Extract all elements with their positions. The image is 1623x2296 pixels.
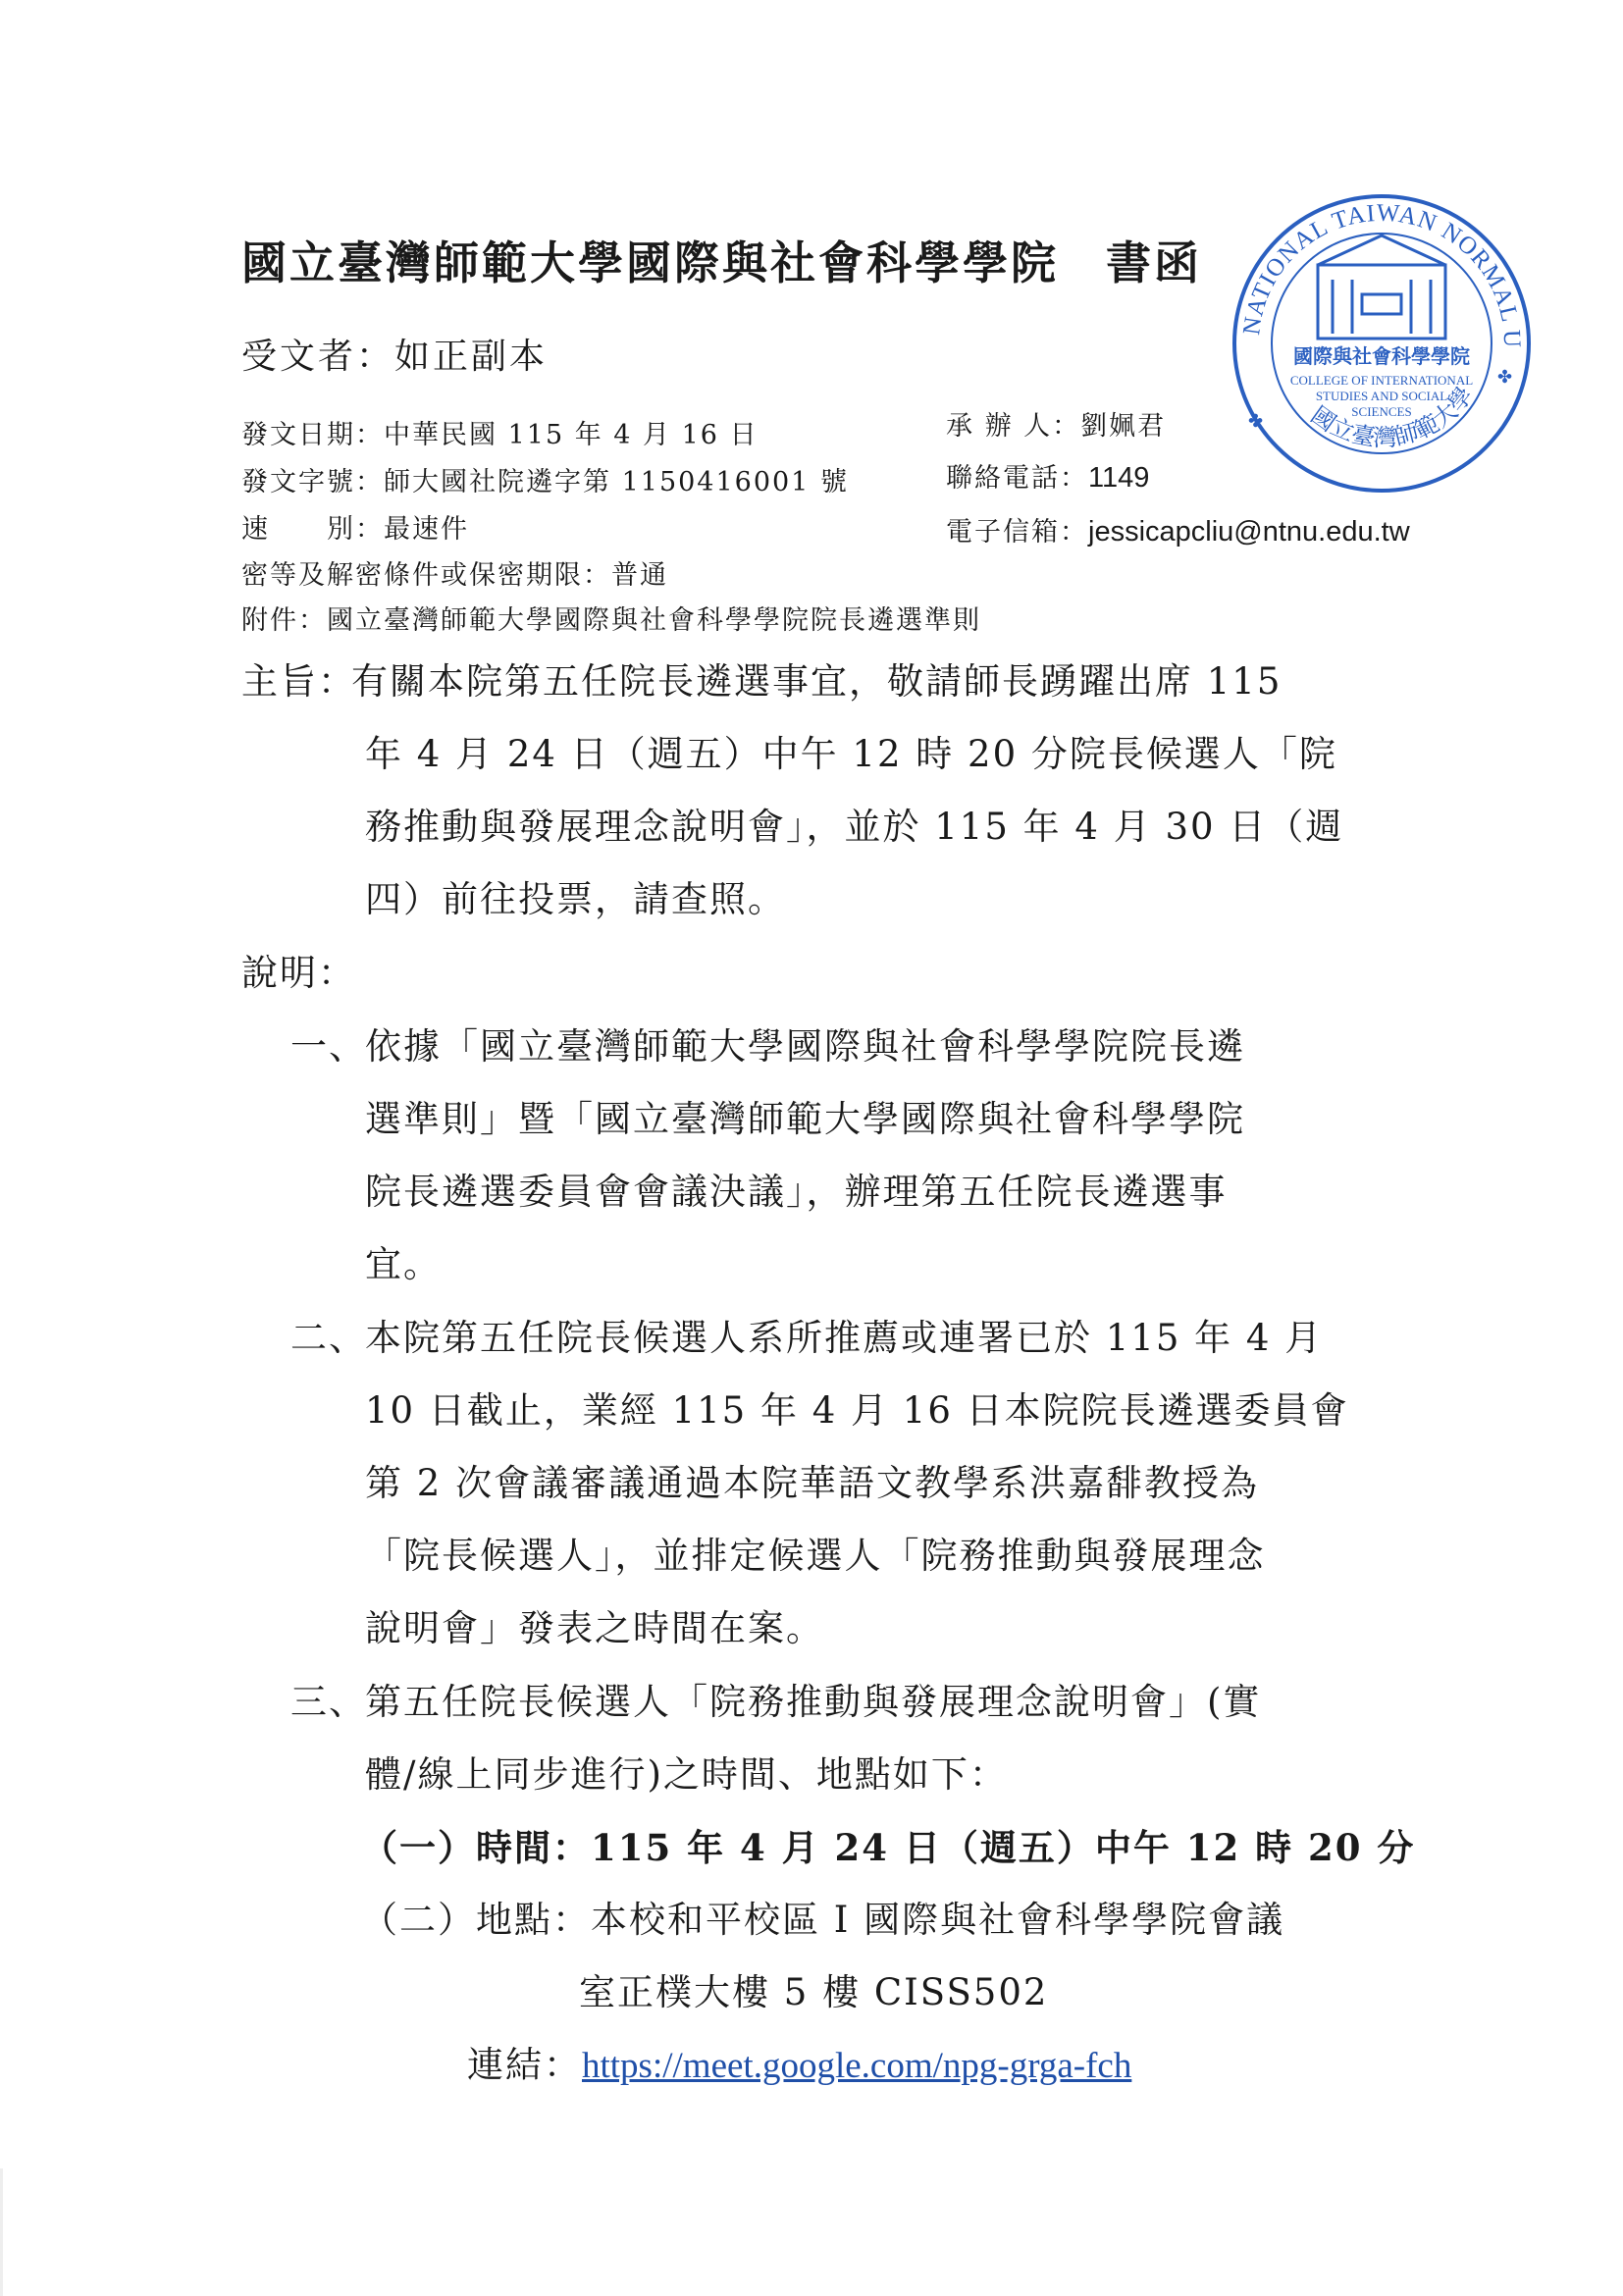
subject-line: 有關本院第五任院長遴選事宜，敬請師長踴躍出席 115 xyxy=(351,646,1282,718)
explanation-label: 說明： xyxy=(241,937,356,1010)
handler-value: 劉姵君 xyxy=(1080,411,1166,442)
attachment-label: 附件： xyxy=(241,605,327,636)
attachment-value: 國立臺灣師範大學國際與社會科學學院院長遴選準則 xyxy=(327,605,981,636)
item-line: 宜。 xyxy=(365,1228,442,1301)
subject-line: 務推動與發展理念說明會」，並於 115 年 4 月 30 日（週 xyxy=(365,791,1343,863)
college-seal-icon: NATIONAL TAIWAN NORMAL UNIVERSITY 國立臺灣師範… xyxy=(1225,186,1539,500)
item-line: 第 2 次會議審議通過本院華語文教學系洪嘉馡教授為 xyxy=(365,1447,1259,1520)
sub-item-time: （一）時間：115 年 4 月 24 日（週五）中午 12 時 20 分 xyxy=(361,1811,1415,1884)
recipient-line: 受文者：如正副本 xyxy=(241,329,548,379)
meeting-link-line: 連結：https://meet.google.com/npg-grga-fch xyxy=(467,2029,1131,2103)
handler: 承 辦 人：劉姵君 xyxy=(946,404,1166,443)
svg-text:✤: ✤ xyxy=(1497,367,1512,388)
email-value: jessicapcliu@ntnu.edu.tw xyxy=(1088,516,1410,548)
subject-line: 四）前往投票，請查照。 xyxy=(365,863,786,936)
item-line: 「院長候選人」，並排定候選人「院務推動與發展理念 xyxy=(365,1520,1266,1592)
classification-label: 密等及解密條件或保密期限： xyxy=(241,560,611,591)
item-marker: 二、 xyxy=(290,1302,367,1375)
speed-label: 速 別： xyxy=(241,514,384,545)
email-label: 電子信箱： xyxy=(946,517,1088,548)
phone-label: 聯絡電話： xyxy=(946,463,1088,494)
email: 電子信箱：jessicapcliu@ntnu.edu.tw xyxy=(946,510,1410,548)
sub-item-marker: （一） xyxy=(361,1826,476,1869)
doc-number: 發文字號：師大國社院遴字第 1150416001 號 xyxy=(241,460,849,498)
document-type: 書函 xyxy=(1106,236,1202,289)
speed: 速 別：最速件 xyxy=(241,507,469,546)
recipient-value: 如正副本 xyxy=(394,337,548,377)
item-line: 說明會」發表之時間在案。 xyxy=(365,1592,824,1665)
subject-line: 年 4 月 24 日（週五）中午 12 時 20 分院長候選人「院 xyxy=(365,718,1337,791)
issue-date: 發文日期：中華民國 115 年 4 月 16 日 xyxy=(241,413,759,451)
svg-text:✤: ✤ xyxy=(1248,411,1263,432)
issue-date-value: 中華民國 115 年 4 月 16 日 xyxy=(384,420,759,450)
link-label: 連結： xyxy=(467,2044,582,2086)
sub-item-text: 地點：本校和平校區 I 國際與社會科學學院會議 xyxy=(476,1899,1284,1941)
sub-item-location: （二）地點：本校和平校區 I 國際與社會科學學院會議 xyxy=(361,1884,1284,1957)
item-line: 本院第五任院長候選人系所推薦或連署已於 115 年 4 月 xyxy=(365,1302,1323,1375)
svg-text:SCIENCES: SCIENCES xyxy=(1351,404,1411,419)
handler-label: 承 辦 人： xyxy=(946,411,1080,442)
item-line: 10 日截止，業經 115 年 4 月 16 日本院院長遴選委員會 xyxy=(365,1375,1349,1447)
sub-item-continuation: 室正樸大樓 5 樓 CISS502 xyxy=(579,1957,1048,2029)
sub-item-text: 時間：115 年 4 月 24 日（週五）中午 12 時 20 分 xyxy=(476,1826,1415,1869)
item-line: 選準則」暨「國立臺灣師範大學國際與社會科學學院 xyxy=(365,1083,1245,1156)
recipient-label: 受文者： xyxy=(241,337,394,377)
item-line: 院長遴選委員會會議決議」，辦理第五任院長遴選事 xyxy=(365,1156,1228,1228)
doc-number-label: 發文字號： xyxy=(241,467,384,497)
item-marker: 一、 xyxy=(290,1011,367,1083)
item-line: 體/線上同步進行)之時間、地點如下： xyxy=(365,1739,1008,1811)
doc-number-value: 師大國社院遴字第 1150416001 號 xyxy=(384,467,849,497)
scan-edge xyxy=(0,2168,3,2296)
issuer-name: 國立臺灣師範大學國際與社會科學學院 xyxy=(241,236,1059,289)
document-title: 國立臺灣師範大學國際與社會科學學院書函 xyxy=(241,228,1202,292)
svg-text:STUDIES AND SOCIAL: STUDIES AND SOCIAL xyxy=(1316,389,1447,403)
sub-item-marker: （二） xyxy=(361,1899,476,1941)
speed-value: 最速件 xyxy=(384,514,469,545)
classification-value: 普通 xyxy=(611,560,668,591)
phone-value: 1149 xyxy=(1088,462,1149,494)
svg-text:國際與社會科學學院: 國際與社會科學學院 xyxy=(1293,344,1470,368)
subject-label: 主旨： xyxy=(241,646,356,718)
svg-text:COLLEGE OF INTERNATIONAL: COLLEGE OF INTERNATIONAL xyxy=(1290,373,1473,388)
item-marker: 三、 xyxy=(290,1666,367,1739)
svg-text:NATIONAL TAIWAN NORMAL UNIVERS: NATIONAL TAIWAN NORMAL UNIVERSITY xyxy=(1225,186,1525,349)
item-line: 依據「國立臺灣師範大學國際與社會科學學院院長遴 xyxy=(365,1011,1245,1083)
attachment: 附件：國立臺灣師範大學國際與社會科學學院院長遴選準則 xyxy=(241,599,981,637)
item-line: 第五任院長候選人「院務推動與發展理念說明會」(實 xyxy=(365,1666,1261,1739)
meeting-link[interactable]: https://meet.google.com/npg-grga-fch xyxy=(582,2046,1131,2086)
phone: 聯絡電話：1149 xyxy=(946,456,1149,495)
issue-date-label: 發文日期： xyxy=(241,420,384,450)
classification: 密等及解密條件或保密期限：普通 xyxy=(241,553,668,592)
